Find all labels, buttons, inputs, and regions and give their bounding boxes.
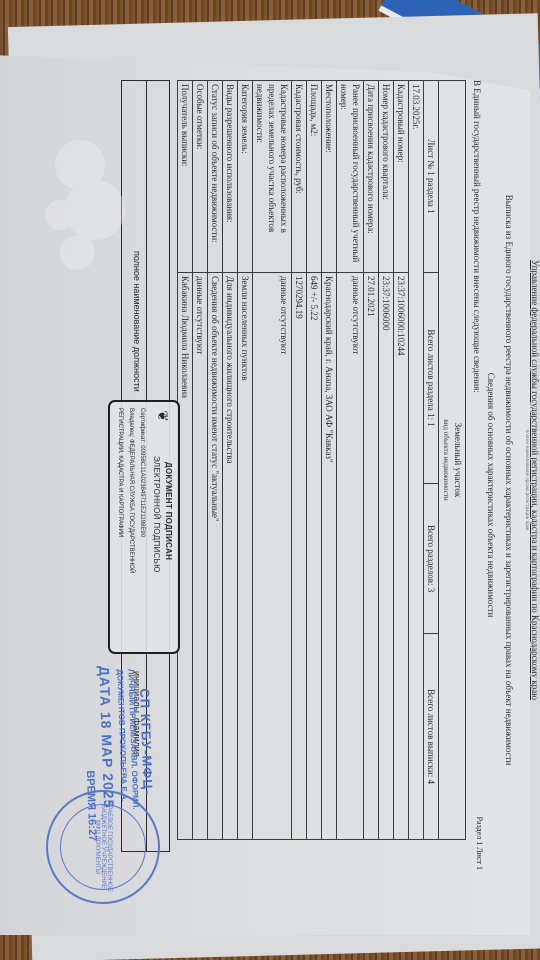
field-value: Краснодарский край, г. Анапа, ЗАО АФ "Ка… [322, 273, 337, 840]
register-note: В Единый государственный реестр недвижим… [472, 80, 482, 393]
object-type-caption: вид объекта недвижимости [440, 84, 452, 836]
table-row: Ранее присвоенный государственный учетны… [337, 81, 364, 840]
table-row: Виды разрешенного использования:Для инди… [223, 81, 238, 840]
total-sheets-section: Всего листов раздела 1: 1 [424, 273, 439, 484]
stamp-date: ДАТА 18 МАР 2025 [96, 666, 117, 809]
characteristics-table: Земельный участок вид объекта недвижимос… [177, 80, 466, 840]
field-value: 1270294.19 [292, 273, 307, 840]
table-row: Площадь, м2:649 +/- 5.22 [307, 81, 322, 840]
field-label: Ранее присвоенный государственный учетны… [337, 81, 364, 273]
table-row: Номер кадастрового квартала:23:37:100600… [379, 81, 394, 840]
field-value: 23:37:1006000:10244 [394, 273, 409, 840]
field-value: Сведения об объекте недвижимости имеют с… [208, 273, 223, 840]
field-label: Номер кадастрового квартала: [379, 81, 394, 273]
table-row: Категория земель:Земли населенных пункто… [238, 81, 253, 840]
table-row: Дата присвоения кадастрового номера:27.0… [364, 81, 379, 840]
sheet-number: Лист № 1 раздела 1 [424, 81, 439, 273]
field-value: 649 +/- 5.22 [307, 273, 322, 840]
table-row: Статус записи об объекте недвижимости:Св… [208, 81, 223, 840]
field-label: Категория земель: [238, 81, 253, 273]
position-caption: полное наименование должности [132, 251, 142, 392]
certificate-number: Сертификат: 00958C11A023849711E21198E90 [139, 408, 145, 537]
field-label: Кадастровые номера расположенных в преде… [253, 81, 292, 273]
field-label: Площадь, м2: [307, 81, 322, 273]
mfc-stamp: СП КГБУ-МФЦ- ЛИЧНЫЙ ПРИЕМ/ЗАЯВЛ. ОФОРМЛ.… [41, 658, 159, 892]
watermark-logo [45, 140, 125, 270]
field-label: Получатель выписки: [178, 81, 193, 273]
table-row: Особые отметки:данные отсутствуют [193, 81, 208, 840]
field-value: данные отсутствуют [193, 273, 208, 840]
field-value: данные отсутствуют [337, 273, 364, 840]
section-title: Сведения об основных характеристиках объ… [486, 100, 496, 890]
agency-caption: полное наименование органа регистрации п… [524, 70, 529, 890]
document-date: 17.03.2025г. [409, 81, 424, 840]
field-label: Кадастровая стоимость, руб: [292, 81, 307, 273]
field-label: Виды разрешенного использования: [223, 81, 238, 273]
object-type-cell: Земельный участок вид объекта недвижимос… [439, 81, 466, 840]
fields-body: Кадастровый номер:23:37:1006000:10244Ном… [178, 81, 409, 840]
field-label: Статус записи об объекте недвижимости: [208, 81, 223, 273]
coat-of-arms-icon: ❦ [154, 408, 172, 424]
sheet-info-row: Лист № 1 раздела 1 Всего листов раздела … [424, 81, 439, 840]
field-value: Земли населенных пунктов [238, 273, 253, 840]
e-sign-line2: ЭЛЕКТРОННОЙ ПОДПИСЬЮ [152, 456, 161, 573]
e-sign-line1: ДОКУМЕНТ ПОДПИСАН [164, 462, 173, 560]
certificate-owner: Владелец: ФЕДЕРАЛЬНАЯ СЛУЖБА ГОСУДАРСТВЕ… [128, 408, 134, 573]
table-row: Местоположение:Краснодарский край, г. Ан… [322, 81, 337, 840]
certificate-owner-cont: РЕГИСТРАЦИИ, КАДАСТРА И КАРТОГРАФИИ [117, 408, 123, 537]
stamp-time: ВРЕМЯ 16:27 [84, 770, 98, 841]
extract-title: Выписка из Единого государственного реес… [504, 70, 514, 890]
field-value: Для индивидуального жилищного строительс… [223, 273, 238, 840]
total-sheets-extract: Всего листов выписки: 4 [424, 634, 439, 840]
section-number: Раздел 1 Лист 1 [475, 817, 484, 870]
field-value: данные отсутствуют [253, 273, 292, 840]
egrn-extract-document: Управление федеральной службы государств… [40, 70, 540, 890]
field-value: 23:37:1006000 [379, 273, 394, 840]
table-row: Кадастровые номера расположенных в преде… [253, 81, 292, 840]
table-row: Кадастровая стоимость, руб:1270294.19 [292, 81, 307, 840]
field-label: Местоположение: [322, 81, 337, 273]
field-label: Кадастровый номер: [394, 81, 409, 273]
field-label: Дата присвоения кадастрового номера: [364, 81, 379, 273]
table-row: Кадастровый номер:23:37:1006000:10244 [394, 81, 409, 840]
electronic-signature-box: ❦ ДОКУМЕНТ ПОДПИСАН ЭЛЕКТРОННОЙ ПОДПИСЬЮ… [108, 400, 180, 654]
total-sections: Всего разделов: 3 [424, 484, 439, 634]
agency-name: Управление федеральной службы государств… [530, 70, 540, 890]
field-value: 27.01.2021 [364, 273, 379, 840]
field-label: Особые отметки: [193, 81, 208, 273]
object-type: Земельный участок [452, 84, 464, 836]
